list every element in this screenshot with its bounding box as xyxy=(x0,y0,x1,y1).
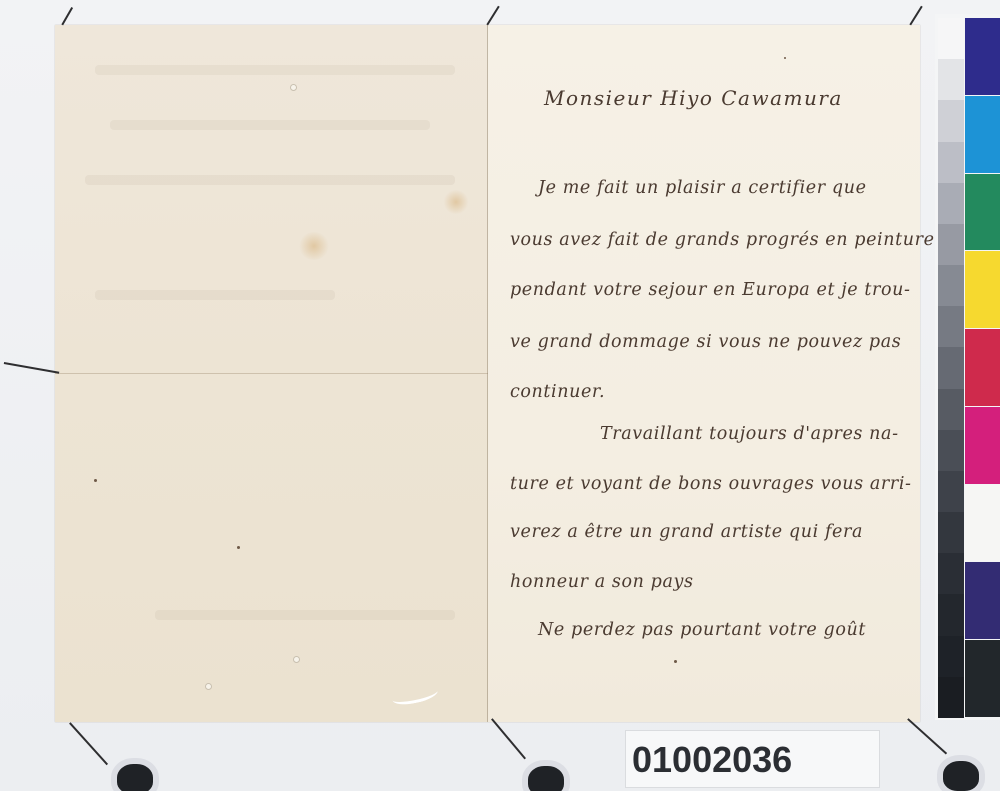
show-through-text xyxy=(85,175,455,185)
letter-line: ve grand dommage si vous ne pouvez pas xyxy=(510,332,901,352)
gray-step xyxy=(938,306,964,348)
mount-weight xyxy=(528,766,564,791)
color-patch-green xyxy=(965,174,1000,251)
gray-step xyxy=(938,100,964,142)
color-patch-blue xyxy=(965,18,1000,95)
color-patch-white xyxy=(965,485,1000,562)
color-patch-yellow xyxy=(965,251,1000,328)
mount-weight xyxy=(943,761,979,791)
color-patch-strip xyxy=(965,18,1000,718)
ink-speck xyxy=(237,546,240,549)
ink-speck xyxy=(94,479,97,482)
color-patch-violet xyxy=(965,562,1000,639)
gray-step xyxy=(938,265,964,307)
foxing-stain xyxy=(298,232,330,260)
gray-step xyxy=(938,512,964,554)
page-spine xyxy=(487,25,488,722)
color-patch-magenta xyxy=(965,407,1000,484)
ink-speck xyxy=(674,660,677,663)
catalog-label: 01002036 xyxy=(625,730,880,788)
gray-step xyxy=(938,347,964,389)
letter-line: verez a être un grand artiste qui fera xyxy=(510,522,863,542)
foxing-stain xyxy=(443,190,469,214)
grayscale-strip xyxy=(938,18,964,718)
gray-step xyxy=(938,142,964,184)
gray-step xyxy=(938,183,964,225)
letter-line: ture et voyant de bons ouvrages vous arr… xyxy=(510,474,912,494)
gray-step xyxy=(938,224,964,266)
gray-step xyxy=(938,677,964,719)
catalog-number: 01002036 xyxy=(632,739,792,781)
gray-step xyxy=(938,389,964,431)
page-fold xyxy=(55,373,488,374)
show-through-text xyxy=(155,610,455,620)
gray-step xyxy=(938,59,964,101)
gray-step xyxy=(938,430,964,472)
gray-step xyxy=(938,553,964,595)
gray-step xyxy=(938,18,964,60)
show-through-text xyxy=(95,65,455,75)
letter-line: Ne perdez pas pourtant votre goût xyxy=(538,620,866,640)
color-patch-cyan xyxy=(965,96,1000,173)
paper-pinhole xyxy=(293,656,300,663)
salutation: Monsieur Hiyo Cawamura xyxy=(544,86,843,110)
show-through-text xyxy=(110,120,430,130)
show-through-text xyxy=(95,290,335,300)
letter-line: pendant votre sejour en Europa et je tro… xyxy=(510,280,911,300)
paper-pinhole xyxy=(290,84,297,91)
paper-pinhole xyxy=(205,683,212,690)
ink-speck xyxy=(784,57,786,59)
gray-step xyxy=(938,471,964,513)
gray-step xyxy=(938,594,964,636)
letter-line: Travaillant toujours d'apres na- xyxy=(600,424,899,444)
letter-line: Je me fait un plaisir a certifier que xyxy=(538,178,867,198)
gray-step xyxy=(938,636,964,678)
mount-weight xyxy=(117,764,153,791)
color-patch-red xyxy=(965,329,1000,406)
letter-line: vous avez fait de grands progrés en pein… xyxy=(510,230,935,250)
letter-line: honneur a son pays xyxy=(510,572,694,592)
letter-line: continuer. xyxy=(510,382,605,402)
right-page xyxy=(488,25,920,722)
color-patch-black xyxy=(965,640,1000,717)
